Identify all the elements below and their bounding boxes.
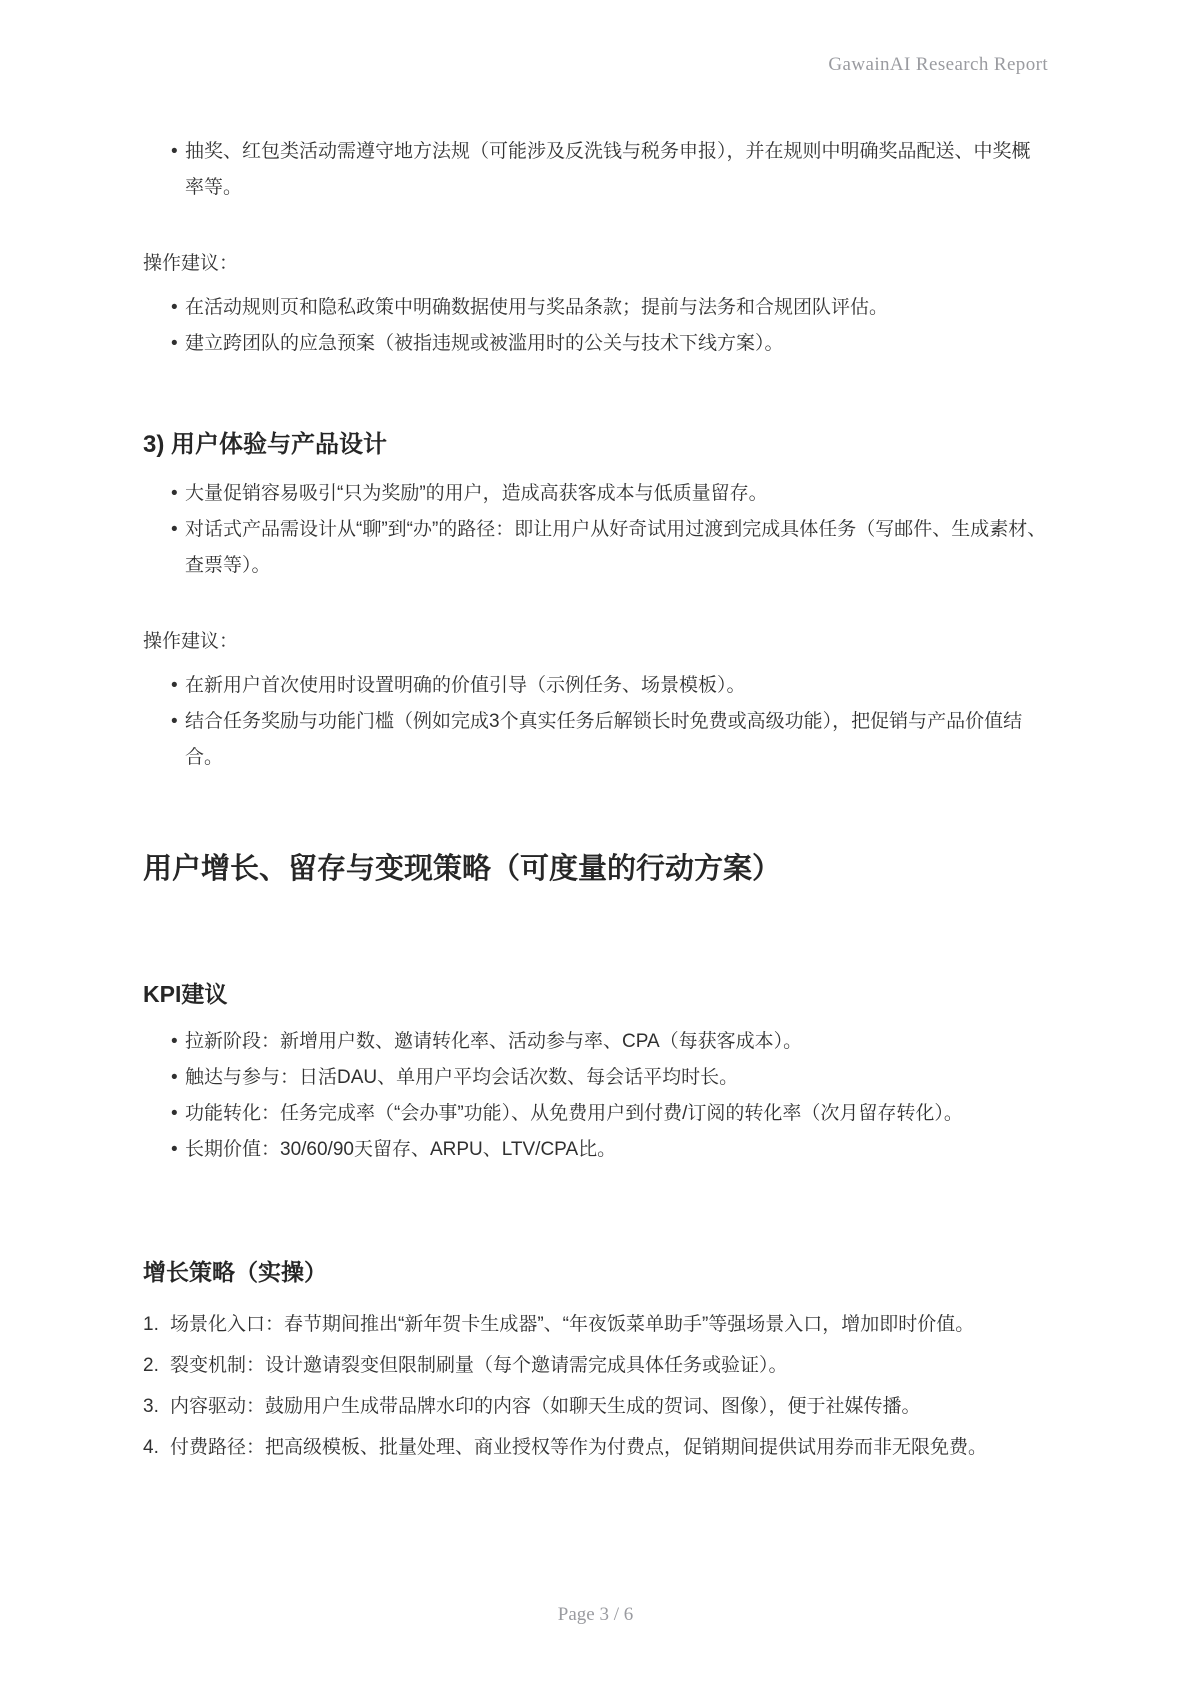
list-item: 付费路径：把高级模板、批量处理、商业授权等作为付费点，促销期间提供试用券而非无限… <box>143 1427 1048 1468</box>
list-item: 场景化入口：春节期间推出“新年贺卡生成器”、“年夜饭菜单助手”等强场景入口，增加… <box>143 1304 1048 1345</box>
page-content: 抽奖、红包类活动需遵守地方法规（可能涉及反洗钱与税务申报），并在规则中明确奖品配… <box>0 0 1191 1468</box>
kpi-bullet-list: 拉新阶段：新增用户数、邀请转化率、活动参与率、CPA（每获客成本）。 触达与参与… <box>143 1024 1048 1168</box>
section-heading-growth-strategy: 增长策略（实操） <box>143 1256 1048 1288</box>
ops-advice-label-1: 操作建议： <box>143 246 1048 282</box>
section-heading-kpi: KPI建议 <box>143 978 1048 1010</box>
running-header: GawainAI Research Report <box>828 54 1048 76</box>
report-page: GawainAI Research Report 抽奖、红包类活动需遵守地方法规… <box>0 0 1191 1684</box>
ux-bullet-list: 大量促销容易吸引“只为奖励”的用户，造成高获客成本与低质量留存。 对话式产品需设… <box>143 476 1048 584</box>
list-item: 在新用户首次使用时设置明确的价值引导（示例任务、场景模板）。 <box>143 668 1048 704</box>
list-item: 抽奖、红包类活动需遵守地方法规（可能涉及反洗钱与税务申报），并在规则中明确奖品配… <box>143 134 1048 206</box>
compliance-bullet-list: 抽奖、红包类活动需遵守地方法规（可能涉及反洗钱与税务申报），并在规则中明确奖品配… <box>143 134 1048 206</box>
list-item: 结合任务奖励与功能门槛（例如完成3个真实任务后解锁长时免费或高级功能），把促销与… <box>143 704 1048 776</box>
list-item: 拉新阶段：新增用户数、邀请转化率、活动参与率、CPA（每获客成本）。 <box>143 1024 1048 1060</box>
ops-advice-label-2: 操作建议： <box>143 624 1048 660</box>
section-heading-ux-product-design: 3) 用户体验与产品设计 <box>143 428 1048 462</box>
chapter-heading-growth-retention-monetization: 用户增长、留存与变现策略（可度量的行动方案） <box>143 848 1048 890</box>
list-item: 功能转化：任务完成率（“会办事”功能）、从免费用户到付费/订阅的转化率（次月留存… <box>143 1096 1048 1132</box>
list-item: 长期价值：30/60/90天留存、ARPU、LTV/CPA比。 <box>143 1132 1048 1168</box>
ops-advice-list-2: 在新用户首次使用时设置明确的价值引导（示例任务、场景模板）。 结合任务奖励与功能… <box>143 668 1048 776</box>
list-item: 内容驱动：鼓励用户生成带品牌水印的内容（如聊天生成的贺词、图像），便于社媒传播。 <box>143 1386 1048 1427</box>
list-item: 裂变机制：设计邀请裂变但限制刷量（每个邀请需完成具体任务或验证）。 <box>143 1345 1048 1386</box>
list-item: 建立跨团队的应急预案（被指违规或被滥用时的公关与技术下线方案）。 <box>143 326 1048 362</box>
ops-advice-list-1: 在活动规则页和隐私政策中明确数据使用与奖品条款；提前与法务和合规团队评估。 建立… <box>143 290 1048 362</box>
list-item: 大量促销容易吸引“只为奖励”的用户，造成高获客成本与低质量留存。 <box>143 476 1048 512</box>
list-item: 对话式产品需设计从“聊”到“办”的路径：即让用户从好奇试用过渡到完成具体任务（写… <box>143 512 1048 584</box>
growth-strategy-list: 场景化入口：春节期间推出“新年贺卡生成器”、“年夜饭菜单助手”等强场景入口，增加… <box>143 1304 1048 1468</box>
page-number: Page 3 / 6 <box>0 1604 1191 1626</box>
list-item: 触达与参与：日活DAU、单用户平均会话次数、每会话平均时长。 <box>143 1060 1048 1096</box>
list-item: 在活动规则页和隐私政策中明确数据使用与奖品条款；提前与法务和合规团队评估。 <box>143 290 1048 326</box>
